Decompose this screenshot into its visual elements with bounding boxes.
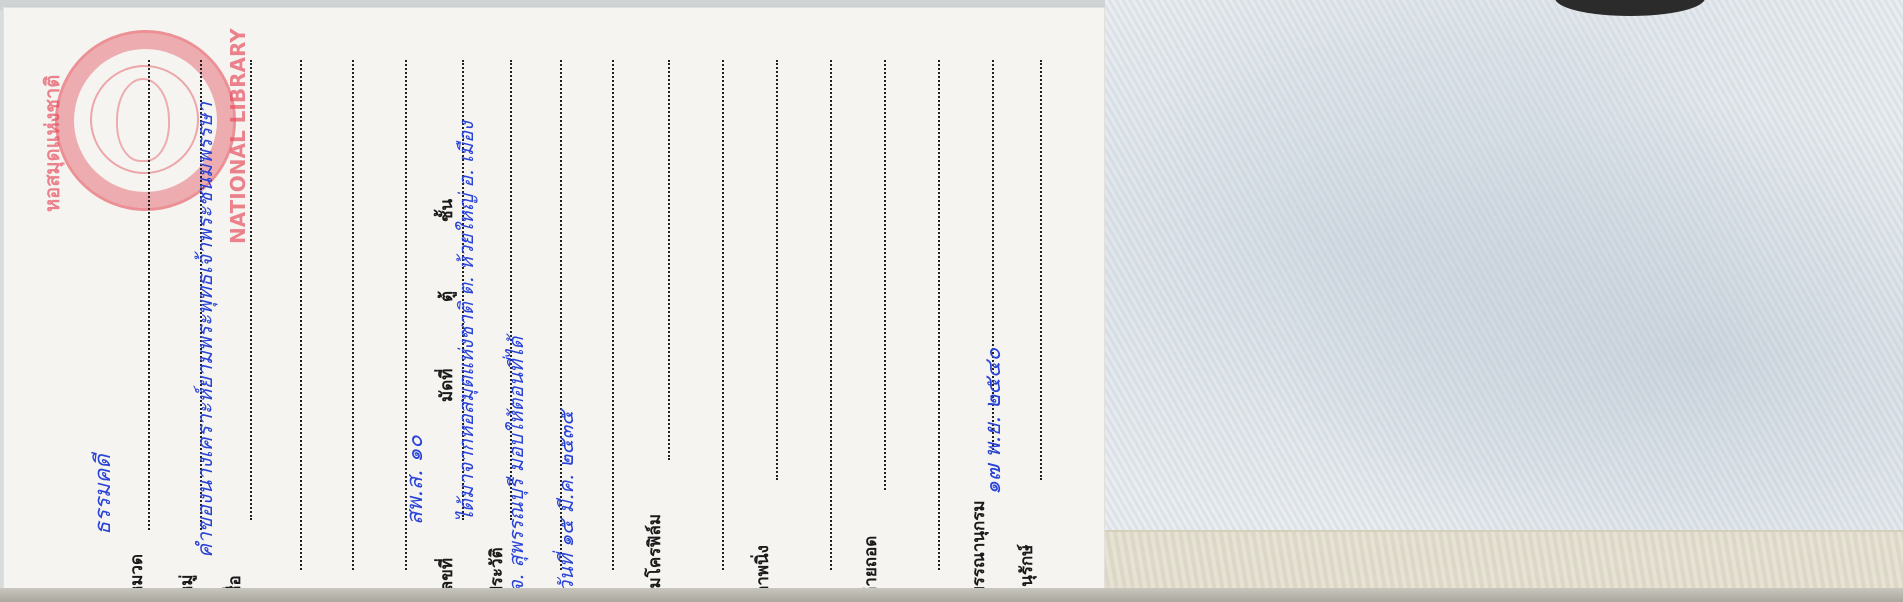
stamp-thai-text: หอสมุดแห่งชาติ <box>36 75 68 212</box>
dotted-line-conservation <box>1040 60 1042 480</box>
value-history-line-2: จ. สุพรรณบุรี มอบให้ตอนที่ได้ <box>500 337 532 592</box>
value-title: คำของนางเคราะห์ยามพระพุทธเจ้าพระชนมพรรษา <box>189 102 222 558</box>
dotted-line-blank-4 <box>722 60 724 570</box>
value-conservation: ๑๗ พ.ย. ๒๕๔๐ <box>975 348 1010 495</box>
label-microfilm: ไมโครฟิล์ม <box>641 514 668 597</box>
dotted-line-category <box>148 60 150 530</box>
garuda-emblem-icon <box>116 78 170 162</box>
dotted-line-title <box>250 60 252 520</box>
dotted-line-still-image <box>776 60 778 480</box>
stamp-english-text: NATIONAL LIBRARY <box>226 28 250 244</box>
dotted-line-blank-5 <box>830 60 832 570</box>
dotted-line-microfilm <box>668 60 670 460</box>
label-bibliography: บรรณานุกรม <box>965 500 992 597</box>
dotted-line-history-3 <box>612 60 614 570</box>
value-history-line-3: วันที่ ๑๕ มี.ค. ๒๕๓๕ <box>550 411 582 592</box>
dotted-line-blank-6 <box>938 60 940 570</box>
value-category: ธรรมคดี <box>85 454 120 535</box>
value-number: สพ.ส. ๑๐ <box>397 435 432 525</box>
scan-background-bottom <box>0 588 1903 602</box>
dotted-line-blank-2 <box>352 60 354 570</box>
mulberry-paper-cover <box>1105 0 1903 602</box>
dotted-line-blank-1 <box>300 60 302 570</box>
value-history: ได้มาจากหอสมุดแห่งชาติ ต. ห้วยใหญ่ อ. เม… <box>450 121 482 522</box>
dotted-line-transcription <box>884 60 886 490</box>
